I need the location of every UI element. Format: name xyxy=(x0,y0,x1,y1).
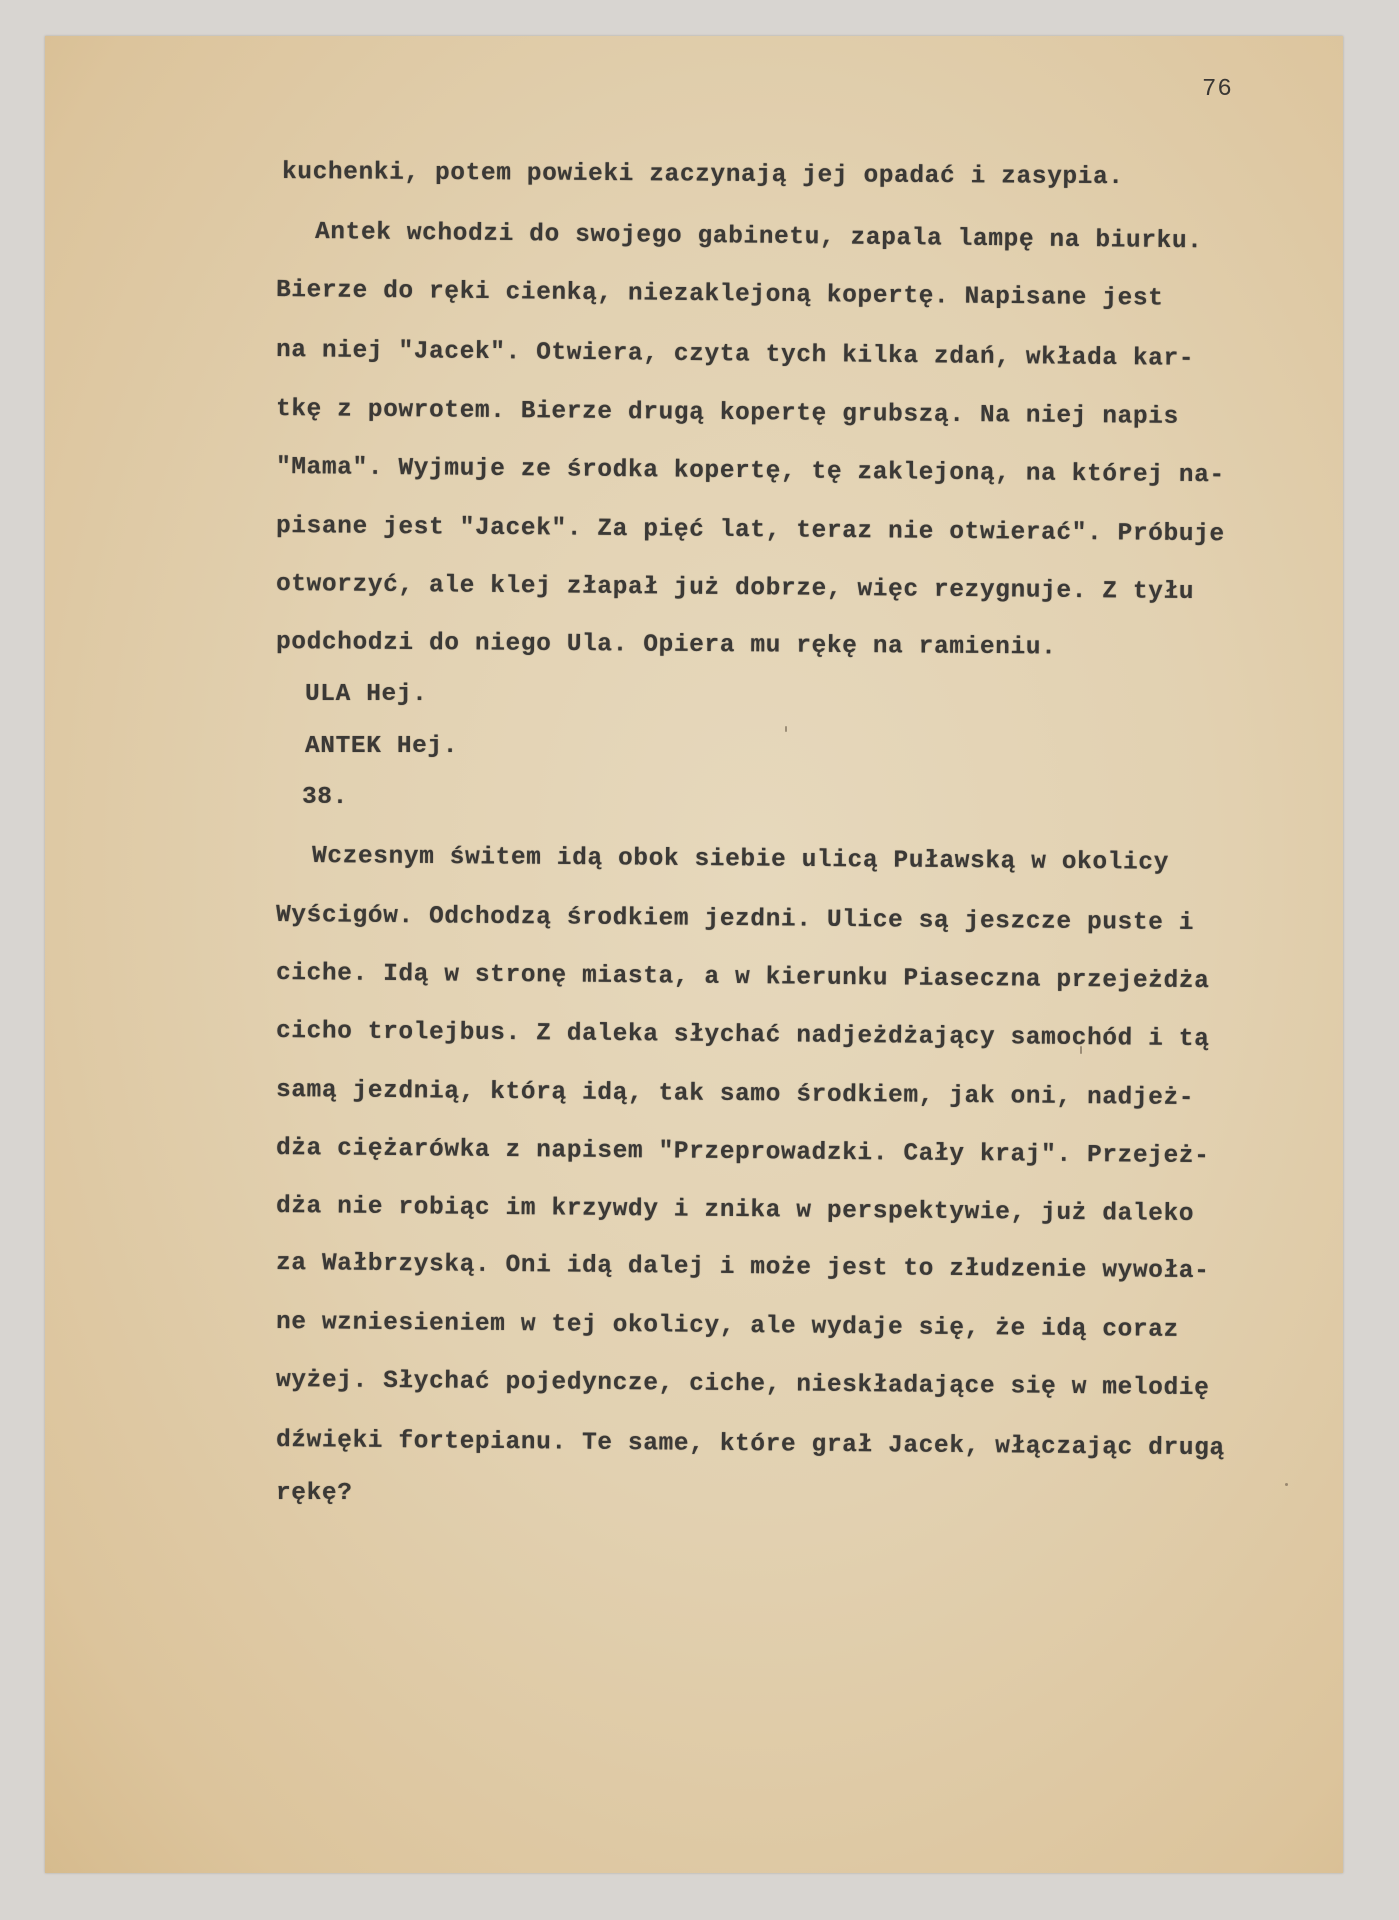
text-line: ne wzniesieniem w tej okolicy, ale wydaj… xyxy=(276,1308,1179,1346)
page-number: 76 xyxy=(1202,76,1233,103)
paper-speck xyxy=(1080,1046,1082,1054)
text-line: podchodzi do niego Ula. Opiera mu rękę n… xyxy=(276,628,1057,663)
text-line: cicho trolejbus. Z daleka słychać nadjeż… xyxy=(276,1017,1210,1055)
text-line: za Wałbrzyską. Oni idą dalej i może jest… xyxy=(276,1249,1210,1287)
text-line: dża nie robiąc im krzywdy i znika w pers… xyxy=(276,1192,1194,1230)
text-line: ciche. Idą w stronę miasta, a w kierunku… xyxy=(276,959,1210,997)
text-line: dźwięki fortepianu. Te same, które grał … xyxy=(276,1426,1225,1464)
text-line: Bierze do ręki cienką, niezaklejoną kope… xyxy=(276,276,1164,315)
text-line: otworzyć, ale klej złapał już dobrze, wi… xyxy=(276,570,1194,608)
paper-speck xyxy=(1285,1483,1288,1486)
text-line: ULA Hej. xyxy=(305,680,427,710)
text-line: kuchenki, potem powieki zaczynają jej op… xyxy=(282,158,1124,193)
typewritten-page: 76 kuchenki, potem powieki zaczynają jej… xyxy=(45,36,1343,1873)
text-line: 38. xyxy=(302,783,348,813)
text-line: pisane jest "Jacek". Za pięć lat, teraz … xyxy=(276,512,1225,550)
text-line: na niej "Jacek". Otwiera, czyta tych kil… xyxy=(276,336,1194,375)
text-line: "Mama". Wyjmuje ze środka kopertę, tę za… xyxy=(276,453,1225,491)
text-line: wyżej. Słychać pojedyncze, ciche, nieskł… xyxy=(276,1366,1210,1404)
text-line: Wyścigów. Odchodzą środkiem jezdni. Ulic… xyxy=(276,901,1194,939)
text-line: dża ciężarówka z napisem "Przeprowadzki.… xyxy=(276,1134,1210,1172)
text-line: samą jezdnią, którą idą, tak samo środki… xyxy=(276,1076,1194,1114)
text-line: rękę? xyxy=(276,1479,353,1509)
text-line: Wczesnym świtem idą obok siebie ulicą Pu… xyxy=(312,842,1169,879)
text-line: Antek wchodzi do swojego gabinetu, zapal… xyxy=(315,218,1203,257)
text-line: tkę z powrotem. Bierze drugą kopertę gru… xyxy=(276,395,1179,433)
text-line: ANTEK Hej. xyxy=(305,732,458,762)
paper-speck xyxy=(785,726,787,732)
